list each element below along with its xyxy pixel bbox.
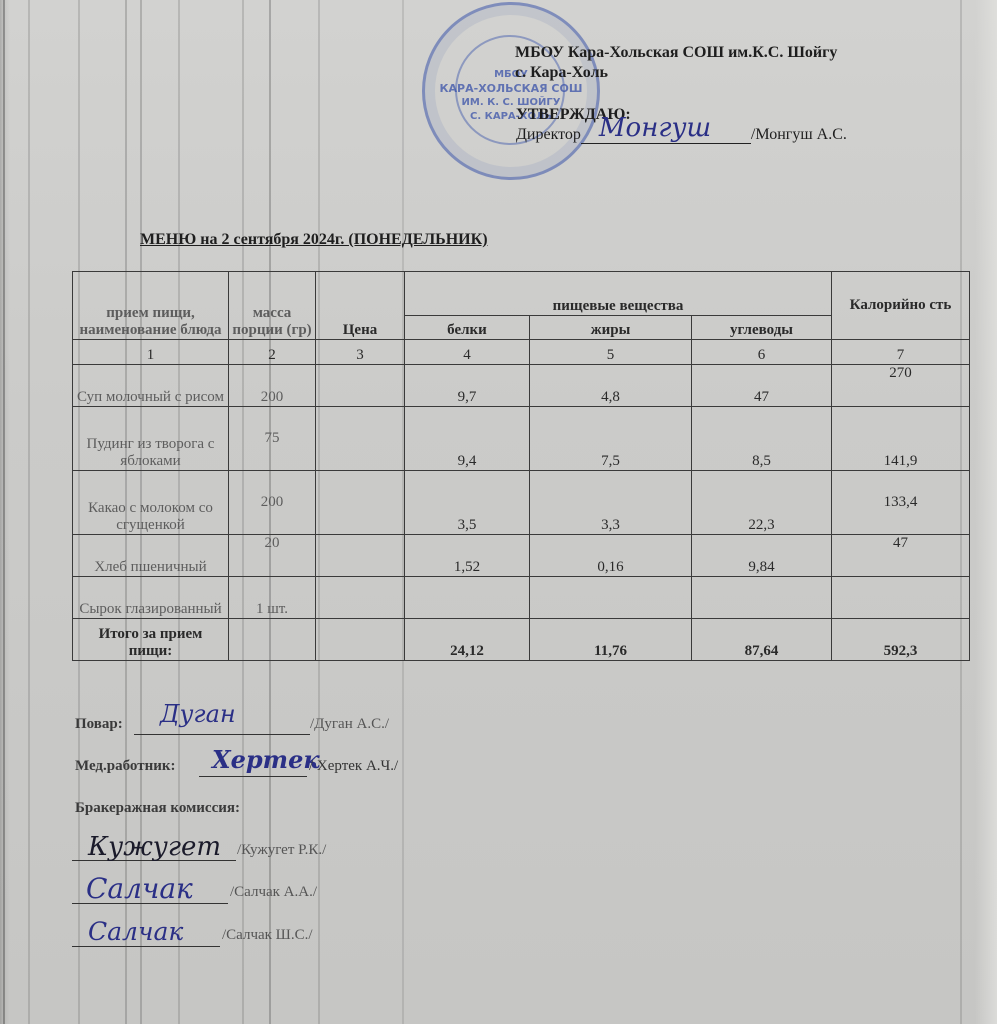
signature-line: Монгуш: [581, 127, 751, 144]
organization-block: МБОУ Кара-Хольская СОШ им.К.С. Шойгу с. …: [515, 43, 837, 83]
commission-member-name: /Салчак Ш.С./: [222, 927, 313, 944]
menu-title: МЕНЮ на 2 сентября 2024г. (ПОНЕДЕЛЬНИК): [140, 231, 488, 249]
scanned-page: МБОУ КАРА-ХОЛЬСКАЯ СОШ ИМ. К. С. ШОЙГУ С…: [0, 0, 997, 1024]
total-label: Итого за прием пищи:: [73, 619, 229, 661]
dish-fat: 4,8: [530, 365, 692, 407]
menu-table: прием пищи, наименование блюда масса пор…: [72, 271, 970, 661]
dish-fat: 7,5: [530, 407, 692, 471]
header-price: Цена: [316, 272, 405, 340]
organization-village: с. Кара-Холь: [515, 63, 837, 83]
commission-signature: Кужугет: [88, 832, 221, 862]
commission-signature: Салчак: [86, 872, 193, 905]
director-name: /Монгуш А.С.: [751, 126, 847, 143]
table-row: Сырок глазированный 1 шт.: [73, 577, 970, 619]
scan-streak: [3, 0, 5, 1024]
dish-carbs: 8,5: [692, 407, 832, 471]
director-signature: Монгуш: [599, 113, 711, 143]
dish-carbs: 9,84: [692, 535, 832, 577]
stamp-line: КАРА-ХОЛЬСКАЯ СОШ: [425, 83, 597, 95]
table-row: Какао с молоком со сгущенкой 200 3,5 3,3…: [73, 471, 970, 535]
column-number: 4: [405, 340, 530, 365]
column-number: 7: [832, 340, 970, 365]
header-protein: белки: [405, 316, 530, 340]
dish-calories: [832, 577, 970, 619]
signature-line: [134, 734, 310, 735]
column-number: 5: [530, 340, 692, 365]
dish-mass: 20: [229, 535, 316, 577]
dish-mass: 1 шт.: [229, 577, 316, 619]
med-worker-label: Мед.работник:: [75, 758, 176, 775]
total-row: Итого за прием пищи: 24,12 11,76 87,64 5…: [73, 619, 970, 661]
dish-price: [316, 577, 405, 619]
total-calories: 592,3: [832, 619, 970, 661]
dish-name: Хлеб пшеничный: [73, 535, 229, 577]
dish-protein: 3,5: [405, 471, 530, 535]
dish-calories: 47: [832, 535, 970, 577]
dish-protein: [405, 577, 530, 619]
header-fat: жиры: [530, 316, 692, 340]
dish-fat: 3,3: [530, 471, 692, 535]
column-number: 6: [692, 340, 832, 365]
header-mass: масса порции (гр): [229, 272, 316, 340]
organization-name: МБОУ Кара-Хольская СОШ им.К.С. Шойгу: [515, 43, 837, 63]
column-number: 1: [73, 340, 229, 365]
dish-price: [316, 365, 405, 407]
cook-label: Повар:: [75, 716, 123, 733]
commission-member-name: /Салчак А.А./: [230, 884, 317, 901]
commission-member-name: /Кужугет Р.К./: [237, 842, 326, 859]
dish-mass: 200: [229, 471, 316, 535]
dish-protein: 1,52: [405, 535, 530, 577]
dish-calories: 133,4: [832, 471, 970, 535]
total-fat: 11,76: [530, 619, 692, 661]
official-stamp: МБОУ КАРА-ХОЛЬСКАЯ СОШ ИМ. К. С. ШОЙГУ С…: [422, 2, 600, 180]
total-price: [316, 619, 405, 661]
header-carbs: углеводы: [692, 316, 832, 340]
scan-streak: [28, 0, 30, 1024]
director-line: ДиректорМонгуш/Монгуш А.С.: [516, 126, 847, 144]
dish-carbs: 47: [692, 365, 832, 407]
dish-fat: [530, 577, 692, 619]
commission-signature: Салчак: [88, 917, 183, 946]
total-carbs: 87,64: [692, 619, 832, 661]
dish-price: [316, 535, 405, 577]
dish-protein: 9,7: [405, 365, 530, 407]
dish-fat: 0,16: [530, 535, 692, 577]
total-mass: [229, 619, 316, 661]
signature-line: [72, 946, 220, 947]
header-calories: Калорийно сть: [832, 272, 970, 340]
med-worker-signature: Хертек: [212, 745, 320, 774]
dish-carbs: [692, 577, 832, 619]
dish-calories: 270: [832, 365, 970, 407]
table-row: Суп молочный с рисом 200 9,7 4,8 47 270: [73, 365, 970, 407]
dish-name: Сырок глазированный: [73, 577, 229, 619]
table-row: Хлеб пшеничный 20 1,52 0,16 9,84 47: [73, 535, 970, 577]
med-worker-name: / Хертек А.Ч./: [309, 758, 398, 775]
dish-price: [316, 471, 405, 535]
dish-name: Какао с молоком со сгущенкой: [73, 471, 229, 535]
header-nutrients: пищевые вещества: [405, 272, 832, 316]
table-row: Пудинг из творога с яблоками 75 9,4 7,5 …: [73, 407, 970, 471]
dish-carbs: 22,3: [692, 471, 832, 535]
page-edge: [975, 0, 997, 1024]
cook-name: /Дуган А.С./: [310, 716, 389, 733]
dish-name: Суп молочный с рисом: [73, 365, 229, 407]
cook-signature: Дуган: [160, 700, 236, 728]
signature-line: [199, 776, 307, 777]
dish-name: Пудинг из творога с яблоками: [73, 407, 229, 471]
dish-price: [316, 407, 405, 471]
column-number: 2: [229, 340, 316, 365]
column-number: 3: [316, 340, 405, 365]
header-dish: прием пищи, наименование блюда: [73, 272, 229, 340]
dish-calories: 141,9: [832, 407, 970, 471]
dish-mass: 200: [229, 365, 316, 407]
commission-label: Бракеражная комиссия:: [75, 800, 240, 817]
director-label: Директор: [516, 126, 581, 143]
total-protein: 24,12: [405, 619, 530, 661]
dish-mass: 75: [229, 407, 316, 471]
dish-protein: 9,4: [405, 407, 530, 471]
column-number-row: 1 2 3 4 5 6 7: [73, 340, 970, 365]
